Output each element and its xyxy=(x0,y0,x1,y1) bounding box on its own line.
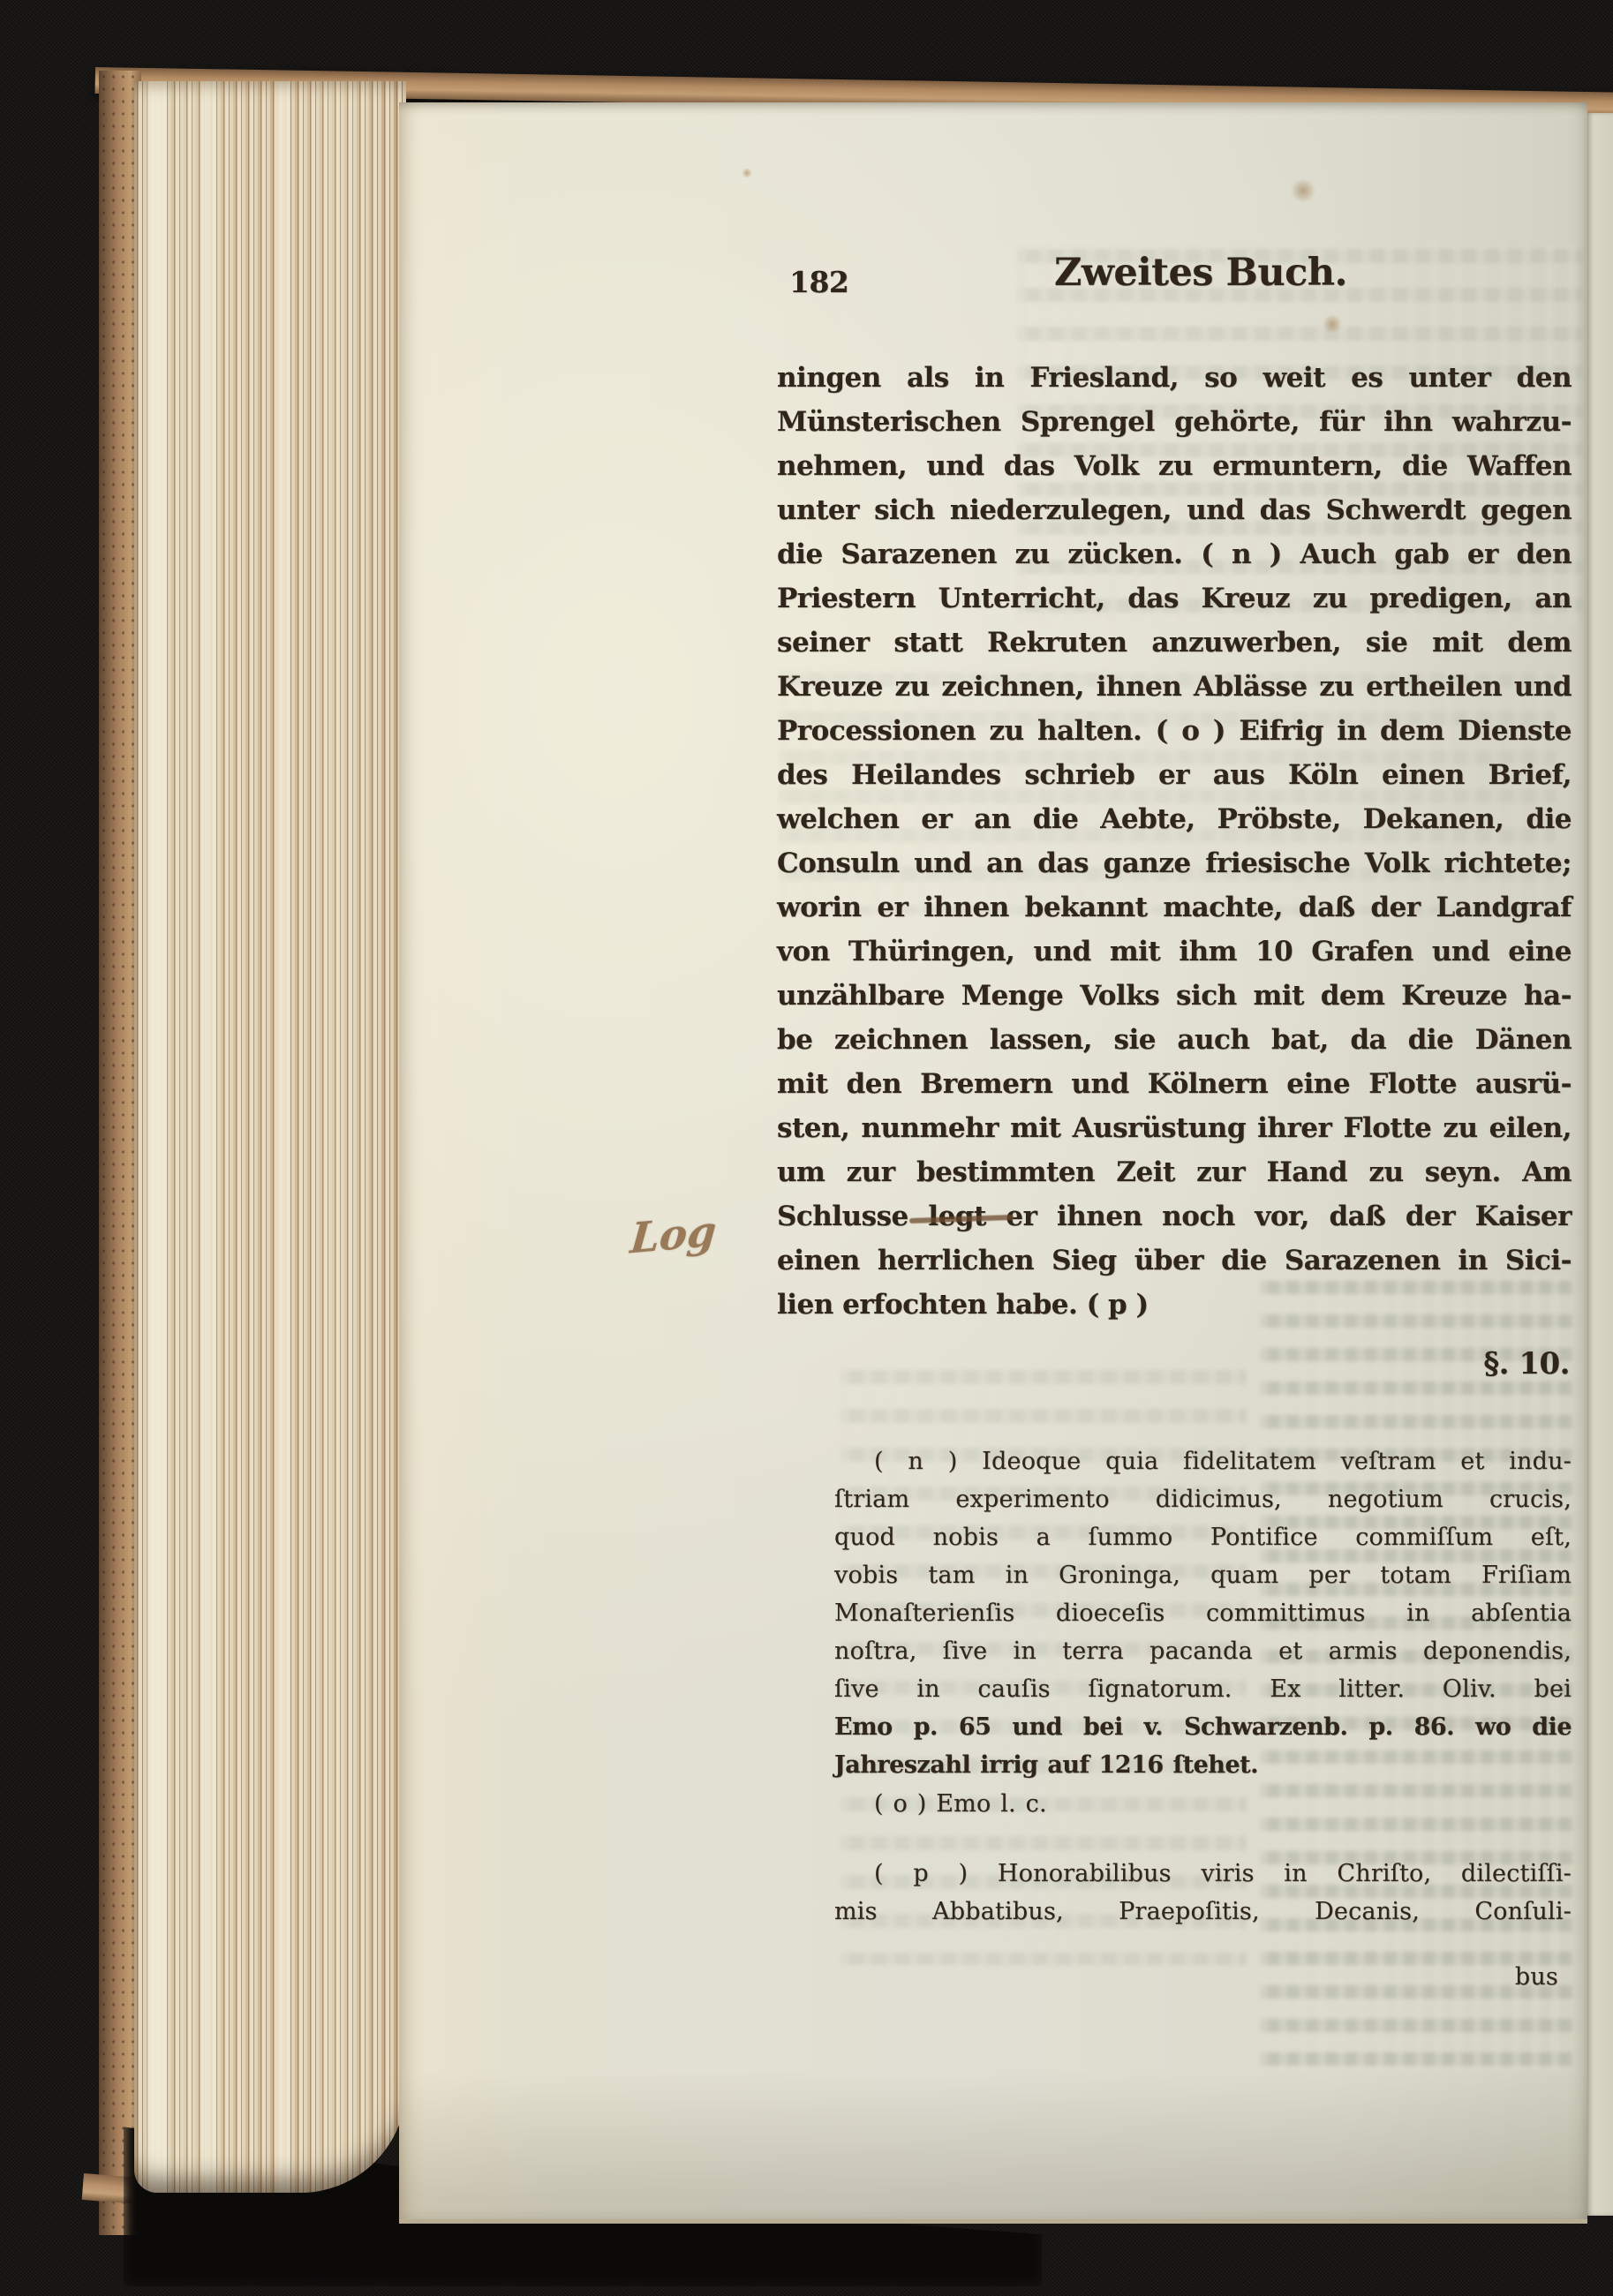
body-text: ningen als in Friesland, so weit es unte… xyxy=(777,356,1572,1327)
body-text-line: des Heilandes schrieb er aus Köln einen … xyxy=(777,753,1572,797)
body-text-line: Münsterischen Sprengel gehörte, für ihn … xyxy=(777,400,1572,444)
footnote-line: Emo p. 65 und bei v. Schwarzenb. p. 86. … xyxy=(834,1708,1572,1746)
photograph-of-open-book: { "book": { "page_number": "182", "runni… xyxy=(0,0,1613,2296)
footnote-line: ſtriam experimento didicimus, negotium c… xyxy=(834,1480,1572,1518)
footnote-n: ( n ) Ideoque quia fidelitatem veſtram e… xyxy=(834,1442,1572,1784)
book-page: 182 Zweites Buch. ningen als in Frieslan… xyxy=(399,102,1587,2219)
body-text-line: einen herrlichen Sieg über die Sarazenen… xyxy=(777,1238,1572,1283)
body-text-line: Consuln und an das ganze friesische Volk… xyxy=(777,841,1572,885)
body-text-line: be zeichnen lassen, sie auch bat, da die… xyxy=(777,1018,1572,1062)
foxing-spot xyxy=(1323,314,1342,334)
body-text-line: die Sarazenen zu zücken. ( n ) Auch gab … xyxy=(777,532,1572,576)
fore-edge-page-stack xyxy=(134,81,406,2193)
running-header: Zweites Buch. xyxy=(803,251,1598,295)
body-text-line: ningen als in Friesland, so weit es unte… xyxy=(777,356,1572,400)
section-mark: §. 10. xyxy=(777,1346,1570,1381)
catchword: bus xyxy=(834,1963,1558,1991)
body-text-line: unter sich niederzulegen, und das Schwer… xyxy=(777,488,1572,532)
body-text-line: Schlusse legt er ihnen noch vor, daß der… xyxy=(777,1194,1572,1238)
body-text-line: Processionen zu halten. ( o ) Eifrig in … xyxy=(777,709,1572,753)
footnote-line: Monaſterienſis dioeceſis committimus in … xyxy=(834,1594,1572,1632)
page-header: 182 Zweites Buch. xyxy=(777,251,1572,307)
body-text-line: von Thüringen, und mit ihm 10 Grafen und… xyxy=(777,930,1572,974)
footnote-line: ( n ) Ideoque quia fidelitatem veſtram e… xyxy=(834,1442,1572,1480)
body-text-line: Kreuze zu zeichnen, ihnen Ablässe zu ert… xyxy=(777,665,1572,709)
footnote-o: ( o ) Emo l. c. xyxy=(834,1790,1572,1818)
foxing-spot xyxy=(742,168,752,178)
foxing-spot xyxy=(1291,178,1315,203)
footnote-line: Jahreszahl irrig auf 1216 ſtehet. xyxy=(834,1746,1572,1784)
footnote-line: noſtra, ſive in terra pacanda et armis d… xyxy=(834,1632,1572,1670)
footnote-p: ( p ) Honorabilibus viris in Chriſto, di… xyxy=(834,1855,1572,1931)
body-text-line: nehmen, und das Volk zu ermuntern, die W… xyxy=(777,444,1572,488)
body-text-line: Priestern Unterricht, das Kreuz zu predi… xyxy=(777,576,1572,621)
body-text-line: unzählbare Menge Volks sich mit dem Kreu… xyxy=(777,974,1572,1018)
footnote-line: ſive in cauſis ſignatorum. Ex litter. Ol… xyxy=(834,1670,1572,1708)
adjacent-page-edge xyxy=(1584,113,1613,2216)
footnote-line: vobis tam in Groninga, quam per totam Fr… xyxy=(834,1556,1572,1594)
footnote-line: quod nobis a ſummo Pontifice commiſſum e… xyxy=(834,1518,1572,1556)
body-text-line: worin er ihnen bekannt machte, daß der L… xyxy=(777,885,1572,930)
body-text-line: mit den Bremern und Kölnern eine Flotte … xyxy=(777,1062,1572,1106)
body-text-line: welchen er an die Aebte, Pröbste, Dekane… xyxy=(777,797,1572,841)
footnote-line: mis Abbatibus, Praepoſitis, Decanis, Con… xyxy=(834,1893,1572,1931)
body-text-line: lien erfochten habe. ( p ) xyxy=(777,1283,1572,1327)
body-text-line: sten, nunmehr mit Ausrüstung ihrer Flott… xyxy=(777,1106,1572,1150)
handwritten-margin-note: Log xyxy=(629,1207,719,1263)
body-text-line: um zur bestimmten Zeit zur Hand zu seyn.… xyxy=(777,1150,1572,1194)
body-text-line: seiner statt Rekruten anzuwerben, sie mi… xyxy=(777,621,1572,665)
footnote-line: ( p ) Honorabilibus viris in Chriſto, di… xyxy=(834,1855,1572,1893)
